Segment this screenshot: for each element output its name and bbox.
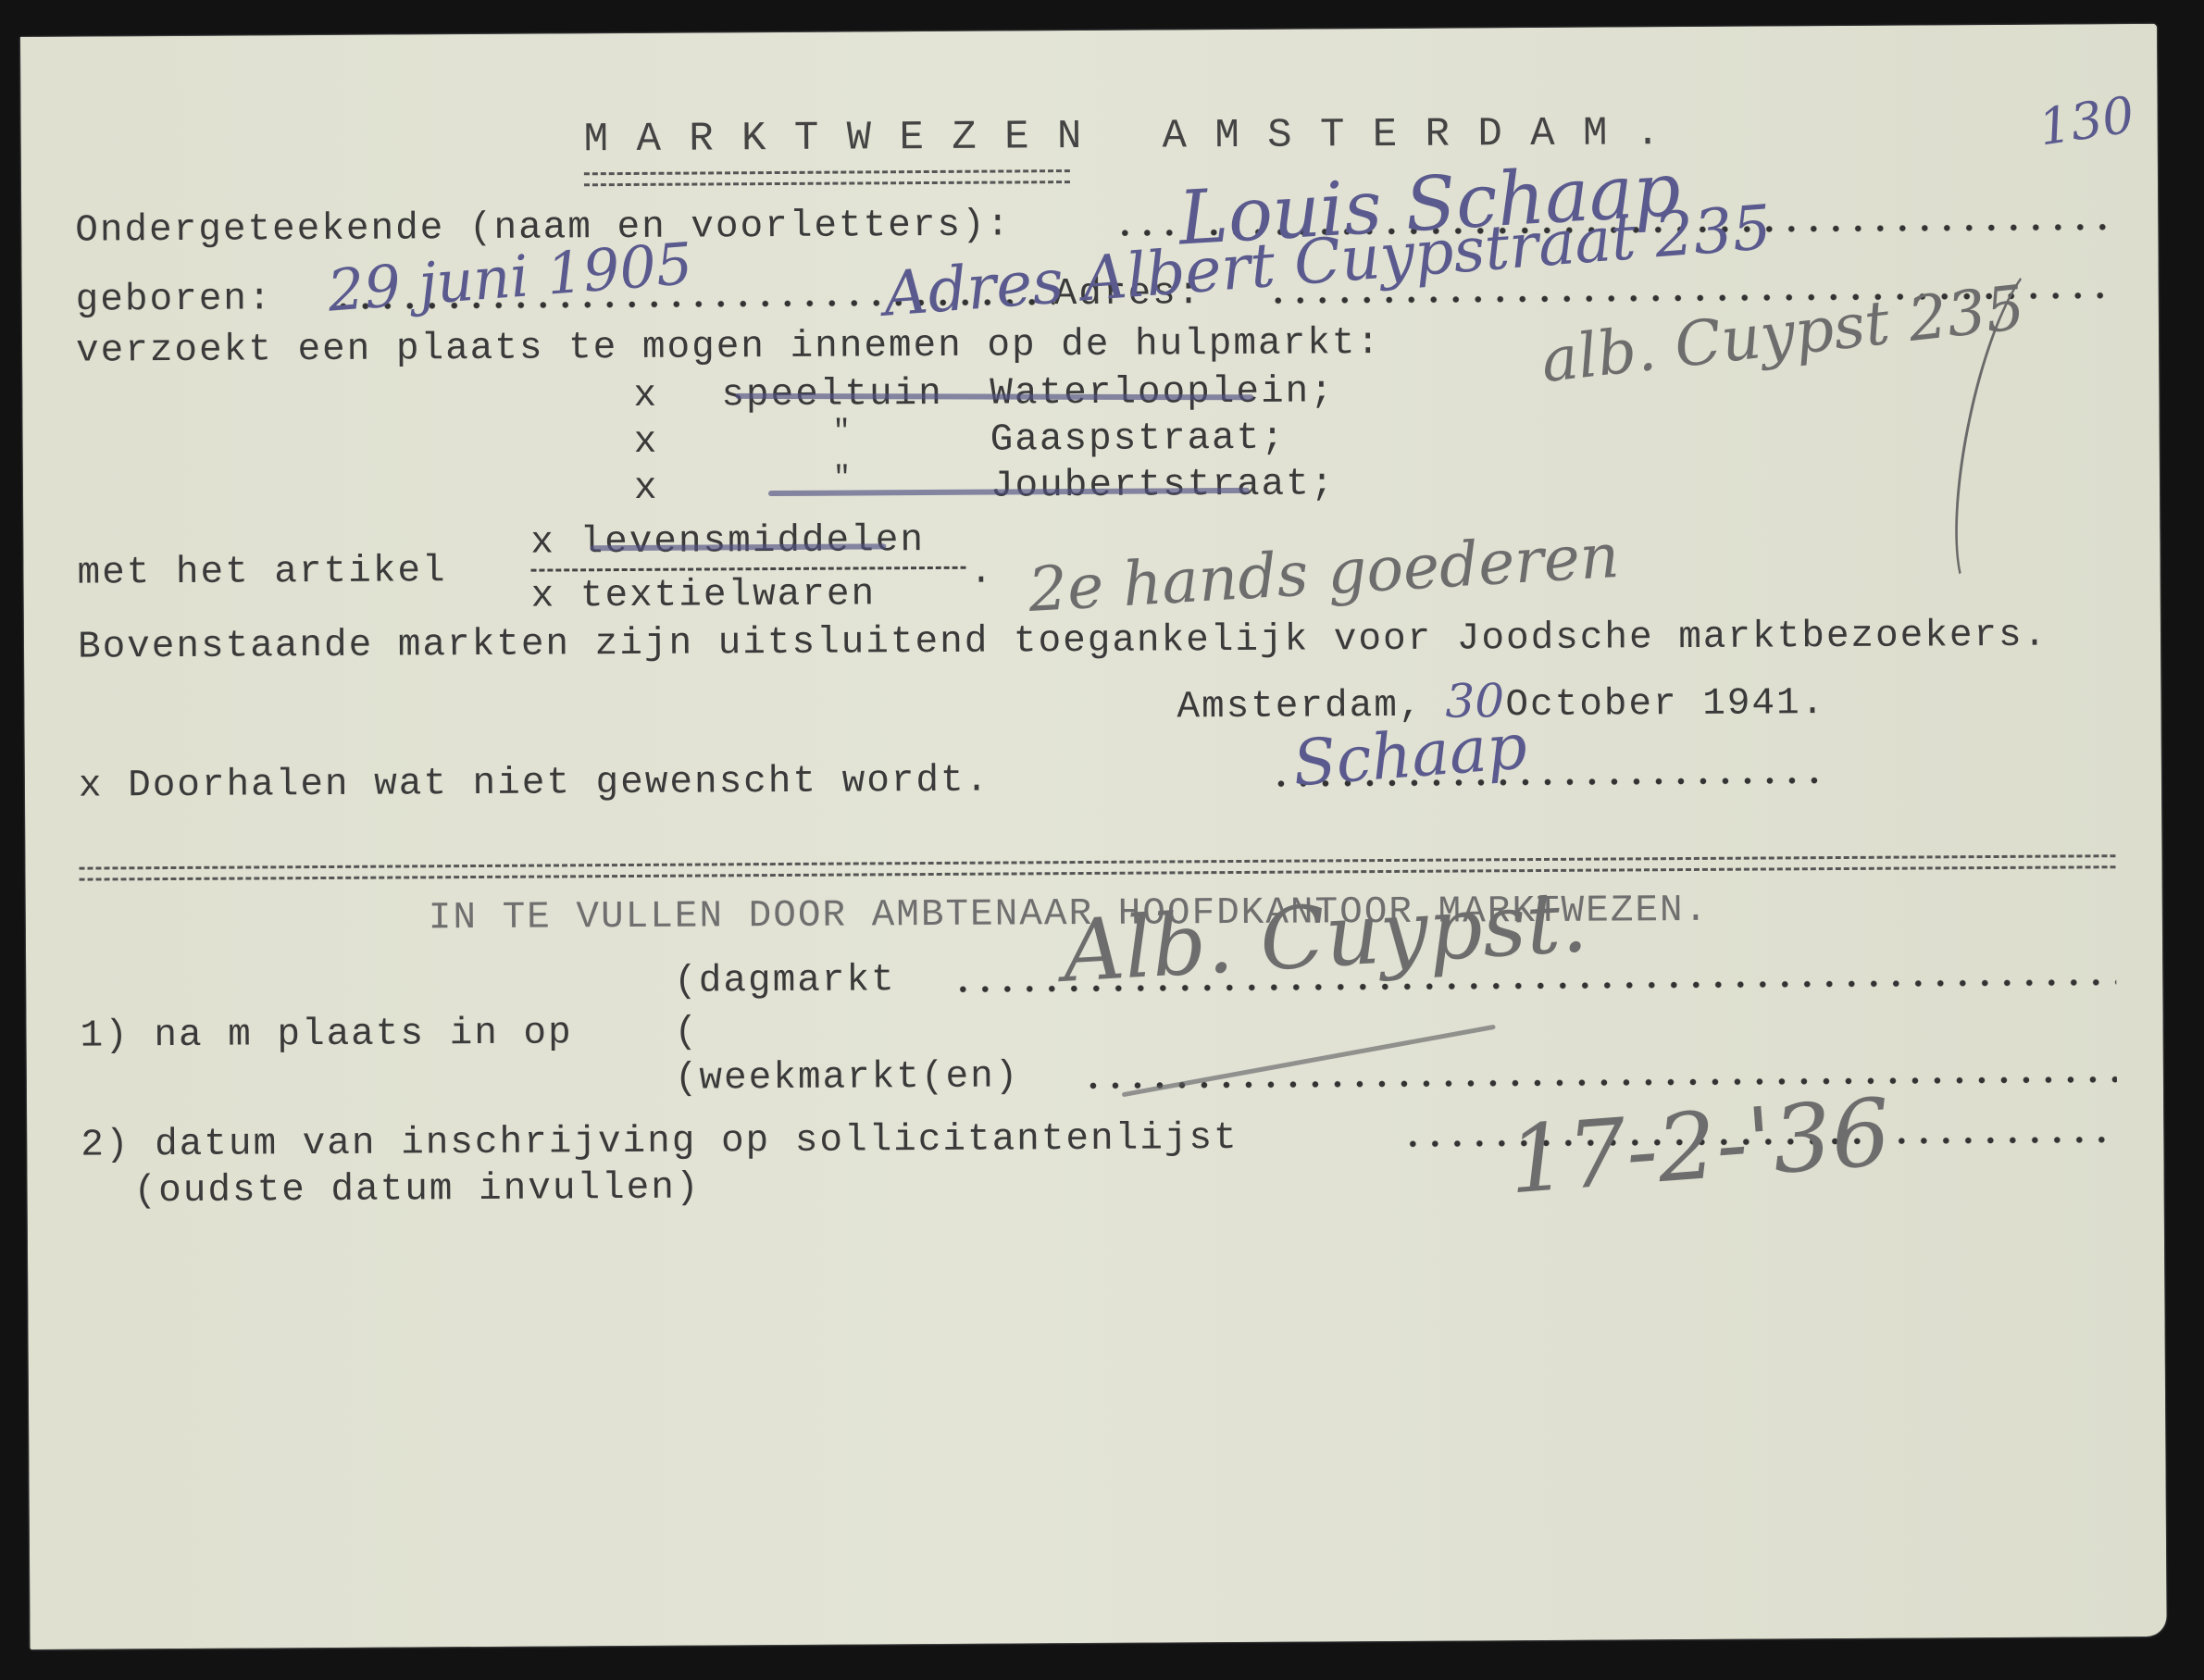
article-fraction-line [531,566,966,572]
item1-label: 1) na m plaats in op [80,1014,572,1055]
market-1-mark: x [633,378,658,416]
footnote: x Doorhalen wat niet gewenscht wordt. [79,763,990,806]
weekmarkt-label: (weekmarkt(en) [675,1058,1020,1098]
market-2-mark: x [634,424,659,462]
date-month-year: October 1941. [1505,685,1825,725]
notice-text: Bovenstaande markten zijn uitsluitend to… [78,617,2048,667]
article-option-2: x textielwaren [531,576,877,616]
item1-bracket: ( [674,1014,699,1052]
item2-handwritten-date[interactable]: 17-2-'36 [1505,1086,1894,1207]
item2-sub: (oudste datum invullen) [133,1170,700,1212]
title-underline [584,169,1070,186]
market-2-prefix: " [833,417,853,447]
item2-label: 2) datum van inschrijving op sollicitant… [81,1120,1239,1165]
request-line: verzoekt een plaats te mogen innemen op … [76,325,1381,371]
article-handwritten[interactable]: 2e hands goederen [1027,526,1621,621]
born-label: geboren: [76,280,273,319]
market-3-name: Joubertstraat; [990,466,1336,505]
section-divider [79,854,2115,880]
weekmarkt-dotted-line [1082,1075,2117,1090]
article-label: met het artikel [77,553,446,592]
document-sheet: M A R K T W E Z E N A M S T E R D A M . … [20,24,2167,1649]
signature-handwritten[interactable]: Schaap [1291,716,1530,796]
margin-number: 130 [2036,90,2137,153]
market-3-prefix: " [833,464,853,493]
article-option-1: x levensmiddelen [530,522,925,563]
market-3-mark: x [634,470,659,508]
document-title: M A R K T W E Z E N A M S T E R D A M . [584,110,1662,163]
market-2-name: Gaaspstraat; [990,420,1286,460]
dagmarkt-label: (dagmarkt [674,962,896,1001]
